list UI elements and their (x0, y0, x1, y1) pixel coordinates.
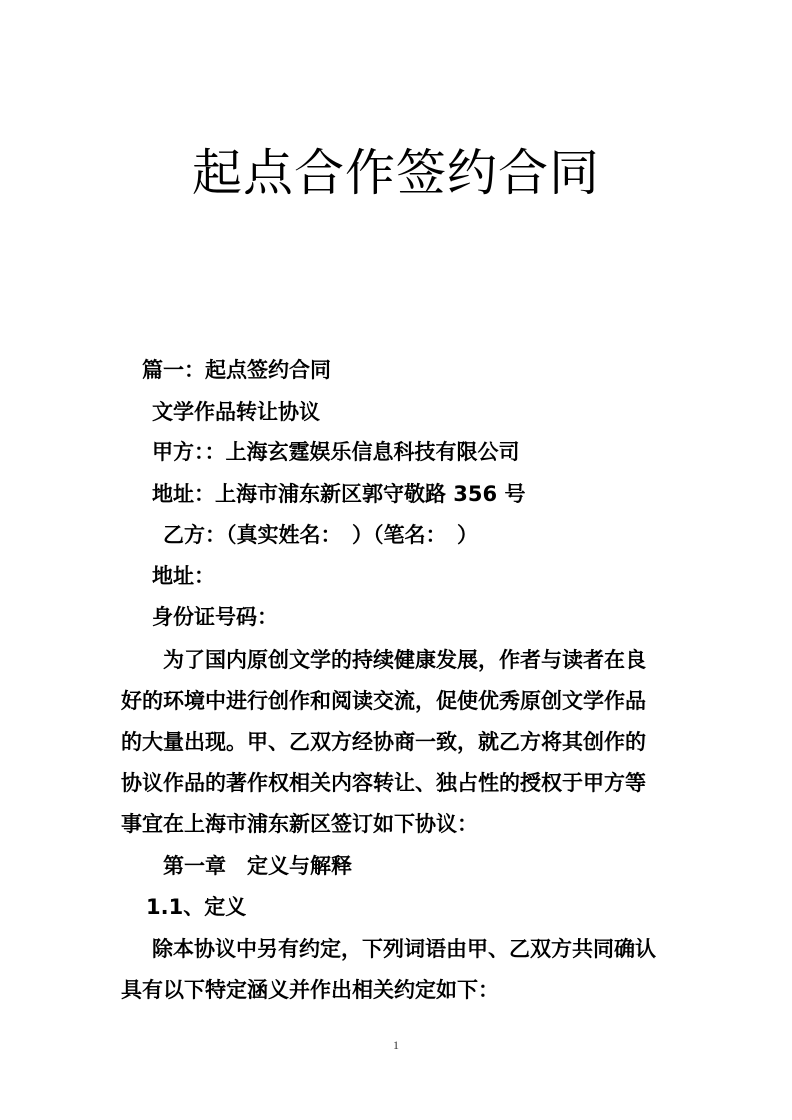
page-number: 1 (0, 1038, 792, 1052)
paragraph-line: 事宜在上海市浦东新区签订如下协议： (121, 809, 478, 839)
party-a-address: 地址：上海市浦东新区郭守敬路 356 号 (152, 479, 525, 509)
paragraph-line: 为了国内原创文学的持续健康发展，作者与读者在良 (163, 645, 646, 675)
chapter-heading: 第一章 定义与解释 (163, 851, 352, 881)
document-title: 起点合作签约合同 (0, 138, 792, 208)
paragraph-line: 除本协议中另有约定，下列词语由甲、乙双方共同确认 (152, 934, 656, 964)
party-a-name: 甲方：：上海玄霆娱乐信息科技有限公司 (152, 437, 520, 467)
party-b-id-number: 身份证号码： (152, 602, 278, 632)
paragraph-line: 具有以下特定涵义并作出相关约定如下： (121, 975, 499, 1005)
paragraph-line: 协议作品的著作权相关内容转让、独占性的授权于甲方等 (121, 768, 646, 798)
party-b-name: 乙方：（真实姓名： ）（笔名： ） (163, 520, 478, 550)
party-b-address: 地址： (152, 561, 215, 591)
paragraph-line: 的大量出现。甲、乙双方经协商一致，就乙方将其创作的 (121, 727, 646, 757)
paragraph-line: 好的环境中进行创作和阅读交流，促使优秀原创文学作品 (121, 686, 646, 716)
section-label: 篇一：起点签约合同 (142, 355, 331, 385)
document-page: 起点合作签约合同 篇一：起点签约合同 文学作品转让协议 甲方：：上海玄霆娱乐信息… (0, 0, 792, 1120)
section-heading: 1.1、定义 (146, 892, 246, 922)
agreement-title: 文学作品转让协议 (152, 397, 320, 427)
